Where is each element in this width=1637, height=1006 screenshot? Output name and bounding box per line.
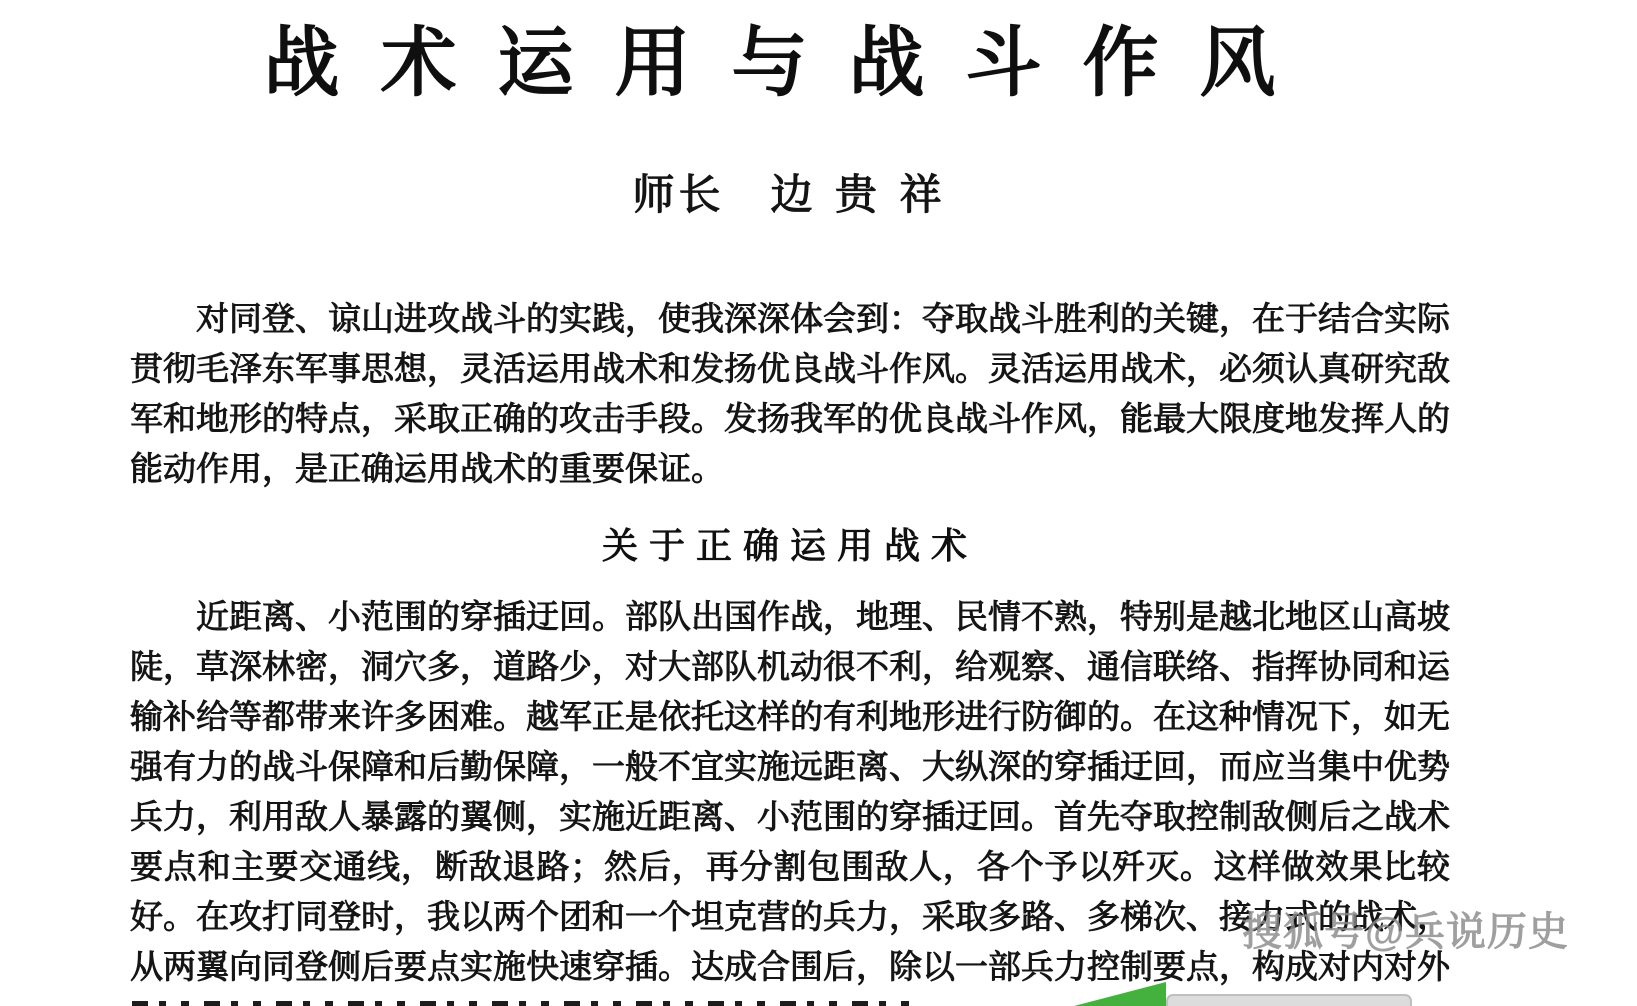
byline-name: 边 贵 祥: [771, 173, 948, 219]
clipped-next-text-line: [132, 1001, 910, 1006]
paragraph-2-line: 陡，草深林密，洞穴多，道路少，对大部队机动很不利，给观察、通信联络、指挥协同和运: [130, 643, 1450, 693]
paragraph-1: 对同登、谅山进攻战斗的实践，使我深深体会到：夺取战斗胜利的关键，在于结合实际 贯…: [130, 295, 1450, 495]
paragraph-1-line: 贯彻毛泽东军事思想，灵活运用战术和发扬优良战斗作风。灵活运用战术，必须认真研究敌: [130, 345, 1450, 395]
paragraph-2-line: 输补给等都带来许多困难。越军正是依托这样的有利地形进行防御的。在这种情况下，如无: [130, 693, 1450, 743]
byline-role: 师长: [632, 173, 724, 219]
bottom-gray-bar: [1166, 994, 1412, 1006]
watermark-text: 搜狐号@兵说历史: [1242, 900, 1569, 957]
document-title: 战术运用与战斗作风: [130, 2, 1450, 111]
paragraph-1-line: 能动作用，是正确运用战术的重要保证。: [130, 445, 1450, 495]
byline: 师长边 贵 祥: [130, 162, 1450, 222]
section-heading: 关于正确运用战术: [130, 518, 1450, 569]
document-page: 战术运用与战斗作风 师长边 贵 祥 对同登、谅山进攻战斗的实践，使我深深体会到：…: [0, 0, 1637, 1006]
paragraph-2-line: 要点和主要交通线，断敌退路；然后，再分割包围敌人，各个予以歼灭。这样做效果比较: [130, 843, 1450, 893]
paragraph-2-line: 近距离、小范围的穿插迂回。部队出国作战，地理、民情不熟，特别是越北地区山高坡: [130, 593, 1450, 643]
paragraph-1-line: 对同登、谅山进攻战斗的实践，使我深深体会到：夺取战斗胜利的关键，在于结合实际: [130, 295, 1450, 345]
paragraph-1-line: 军和地形的特点，采取正确的攻击手段。发扬我军的优良战斗作风，能最大限度地发挥人的: [130, 395, 1450, 445]
paragraph-2-line: 兵力，利用敌人暴露的翼侧，实施近距离、小范围的穿插迂回。首先夺取控制敌侧后之战术: [130, 793, 1450, 843]
paragraph-2-line: 强有力的战斗保障和后勤保障，一般不宜实施远距离、大纵深的穿插迂回，而应当集中优势: [130, 743, 1450, 793]
